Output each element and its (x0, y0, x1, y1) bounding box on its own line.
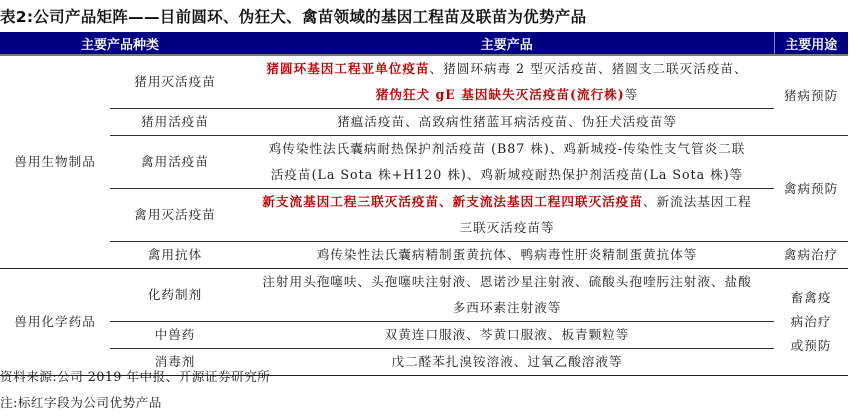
highlight-product: 新支流基因工程三联灭活疫苗、新支流法基因工程四联灭活疫苗 (262, 194, 643, 209)
subcategory-cell: 禽用活疫苗 (110, 136, 240, 189)
table-row: 兽用生物制品 猪用灭活疫苗 猪圆环基因工程亚单位疫苗、猪圆环病毒 2 型灭活疫苗… (0, 55, 848, 109)
table-title: 表2:公司产品矩阵——目前圆环、伪狂犬、禽苗领域的基因工程苗及联苗为优势产品 (0, 4, 586, 30)
product-text: 、猪圆环病毒 2 型灭活疫苗、猪圆支二联灭活疫苗、 (430, 61, 748, 76)
source-note: 资料来源:公司 2019 年中报、开源证券研究所 (0, 368, 270, 386)
subcategory-cell: 化药制剂 (110, 269, 240, 322)
products-cell: 新支流基因工程三联灭活疫苗、新支流法基因工程四联灭活疫苗、新流法基因工程 三联灭… (240, 189, 774, 242)
subcategory-cell: 猪用活疫苗 (110, 109, 240, 136)
subcategory-cell: 禽用抗体 (110, 242, 240, 269)
footnote: 注:标红字段为公司优势产品 (0, 394, 162, 412)
use-cell: 猪病预防 (774, 55, 848, 136)
table-row: 禽用灭活疫苗 新支流基因工程三联灭活疫苗、新支流法基因工程四联灭活疫苗、新流法基… (0, 189, 848, 242)
product-matrix-table: 主要产品种类 主要产品 主要用途 兽用生物制品 猪用灭活疫苗 猪圆环基因工程亚单… (0, 32, 848, 376)
products-cell: 鸡传染性法氏囊病耐热保护剂活疫苗 (B87 株)、鸡新城疫-传染性支气管炎二联 … (240, 136, 774, 189)
category-cell: 兽用生物制品 (0, 55, 110, 269)
products-cell: 猪瘟活疫苗、高致病性猪蓝耳病活疫苗、伪狂犬活疫苗等 (240, 109, 774, 136)
product-text: 三联灭活疫苗等 (244, 215, 770, 241)
use-cell: 禽病预防 (774, 136, 848, 242)
use-cell: 禽病治疗 (774, 242, 848, 269)
table-row: 禽用活疫苗 鸡传染性法氏囊病耐热保护剂活疫苗 (B87 株)、鸡新城疫-传染性支… (0, 136, 848, 189)
header-category: 主要产品种类 (0, 32, 240, 55)
category-cell: 兽用化学药品 (0, 269, 110, 376)
product-text: 注射用头孢噻呋、头孢噻呋注射液、恩诺沙星注射液、硫酸头孢喹肟注射液、盐酸 (244, 269, 770, 295)
header-products: 主要产品 (240, 32, 774, 55)
product-text: 等 (625, 87, 639, 102)
products-cell: 猪圆环基因工程亚单位疫苗、猪圆环病毒 2 型灭活疫苗、猪圆支二联灭活疫苗、 猪伪… (240, 55, 774, 109)
table-row: 中兽药 双黄连口服液、芩黄口服液、板青颗粒等 (0, 322, 848, 349)
table-row: 兽用化学药品 化药制剂 注射用头孢噻呋、头孢噻呋注射液、恩诺沙星注射液、硫酸头孢… (0, 269, 848, 322)
table-row: 禽用抗体 鸡传染性法氏囊病精制蛋黄抗体、鸭病毒性肝炎精制蛋黄抗体等 禽病治疗 (0, 242, 848, 269)
subcategory-cell: 猪用灭活疫苗 (110, 55, 240, 109)
header-use: 主要用途 (774, 32, 848, 55)
product-text: 活疫苗(La Sota 株+H120 株)、鸡新城疫耐热保护剂活疫苗(La So… (244, 162, 770, 188)
highlight-product: 猪伪狂犬 gE 基因缺失灭活疫苗(流行株) (376, 87, 625, 102)
products-cell: 双黄连口服液、芩黄口服液、板青颗粒等 (240, 322, 774, 349)
products-cell: 注射用头孢噻呋、头孢噻呋注射液、恩诺沙星注射液、硫酸头孢喹肟注射液、盐酸 多西环… (240, 269, 774, 322)
subcategory-cell: 禽用灭活疫苗 (110, 189, 240, 242)
product-text: 鸡传染性法氏囊病耐热保护剂活疫苗 (B87 株)、鸡新城疫-传染性支气管炎二联 (244, 136, 770, 162)
product-text: 多西环素注射液等 (244, 295, 770, 321)
highlight-product: 猪圆环基因工程亚单位疫苗 (266, 61, 429, 76)
products-cell: 戊二醛苯扎溴铵溶液、过氧乙酸溶液等 (240, 349, 774, 376)
table-row: 猪用活疫苗 猪瘟活疫苗、高致病性猪蓝耳病活疫苗、伪狂犬活疫苗等 (0, 109, 848, 136)
product-text: 、新流法基因工程 (643, 194, 752, 209)
table-header-row: 主要产品种类 主要产品 主要用途 (0, 32, 848, 55)
use-cell: 畜禽疫病治疗或预防 (774, 269, 848, 376)
subcategory-cell: 中兽药 (110, 322, 240, 349)
products-cell: 鸡传染性法氏囊病精制蛋黄抗体、鸭病毒性肝炎精制蛋黄抗体等 (240, 242, 774, 269)
